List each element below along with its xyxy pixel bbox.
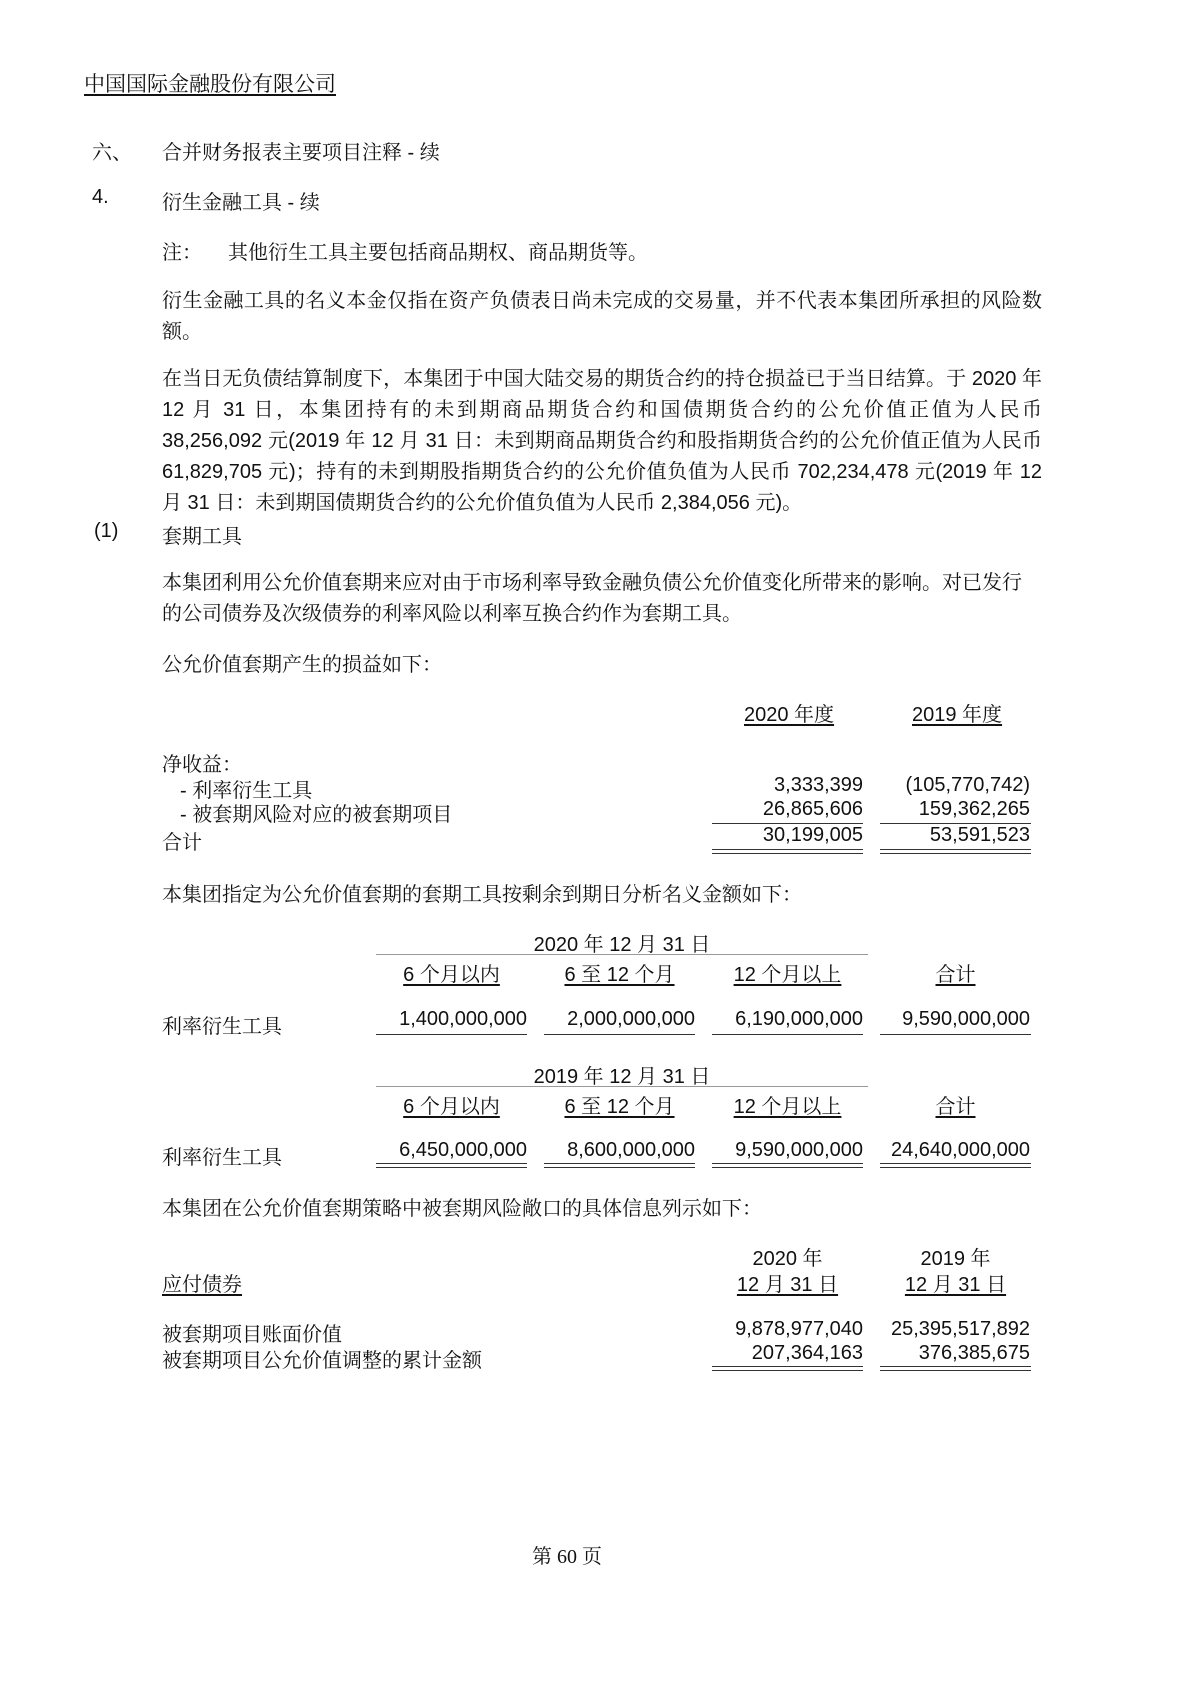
- maturity-2019-header: 6 至 12 个月: [544, 1090, 695, 1119]
- maturity-2020-header: 6 个月以内: [376, 958, 527, 987]
- section-number: 六、: [92, 136, 132, 165]
- maturity-2019-value: 24,640,000,000: [891, 1139, 1030, 1162]
- exposure-col2-date-text: 12 月 31 日: [905, 1274, 1006, 1296]
- exposure-col1-year: 2020 年: [712, 1242, 863, 1271]
- maturity-2019-value: 6,450,000,000: [399, 1139, 527, 1162]
- company-header: 中国国际金融股份有限公司: [84, 68, 336, 98]
- paragraph-hedge-desc: 本集团利用公允价值套期来应对由于市场利率导致金融负债公允价值变化所带来的影响。对…: [162, 568, 1022, 630]
- maturity-2019-header: 合计: [880, 1090, 1031, 1119]
- maturity-2020-header: 合计: [880, 958, 1031, 987]
- note-label: 注：: [162, 236, 202, 265]
- exposure-row-value-2020: 9,878,977,040: [735, 1318, 863, 1341]
- gain-total-double-rule: [712, 849, 863, 854]
- maturity-2019-double-rule: [712, 1163, 863, 1168]
- maturity-2019-double-rule: [376, 1163, 527, 1168]
- exposure-row-value-2019: 376,385,675: [919, 1342, 1030, 1365]
- item-number: (1): [94, 520, 118, 543]
- gain-row-value-2020: 26,865,606: [763, 798, 863, 821]
- gain-header-2019: 2019 年度: [912, 698, 1002, 727]
- maturity-2019-value: 9,590,000,000: [735, 1139, 863, 1162]
- exposure-row-label: 被套期项目公允价值调整的累计金额: [162, 1344, 482, 1373]
- gain-row-label: - 被套期风险对应的被套期项目: [180, 798, 452, 827]
- maturity-2020-value: 9,590,000,000: [902, 1008, 1030, 1031]
- maturity-2020-value: 6,190,000,000: [735, 1008, 863, 1031]
- maturity-2019-header: 6 个月以内: [376, 1090, 527, 1119]
- subsection-number: 4.: [92, 186, 109, 209]
- maturity-2020-rule: [376, 1034, 527, 1035]
- maturity-2020-rule: [880, 1034, 1031, 1035]
- exposure-row-value-2020: 207,364,163: [752, 1342, 863, 1365]
- gain-total-label: 合计: [162, 826, 202, 855]
- maturity-2019-double-rule: [880, 1163, 1031, 1168]
- gain-row-value-2020: 3,333,399: [774, 774, 863, 797]
- maturity-2020-header: 6 至 12 个月: [544, 958, 695, 987]
- gain-intro: 公允价值套期产生的损益如下：: [162, 648, 442, 677]
- section-title: 合并财务报表主要项目注释 - 续: [162, 136, 440, 165]
- exposure-row-header: 应付债券: [162, 1268, 242, 1297]
- gain-row-value-2019: (105,770,742): [905, 774, 1030, 797]
- maturity-2019-value: 8,600,000,000: [567, 1139, 695, 1162]
- maturity-intro: 本集团指定为公允价值套期的套期工具按剩余到期日分析名义金额如下：: [162, 878, 802, 907]
- maturity-2019-row-label: 利率衍生工具: [162, 1141, 282, 1170]
- paragraph-notional: 衍生金融工具的名义本金仅指在资产负债表日尚未完成的交易量，并不代表本集团所承担的…: [162, 286, 1042, 348]
- exposure-col2-year: 2019 年: [880, 1242, 1031, 1271]
- exposure-row-value-2019: 25,395,517,892: [891, 1318, 1030, 1341]
- maturity-2020-date-rule: [376, 954, 868, 955]
- maturity-2020-row-label: 利率衍生工具: [162, 1010, 282, 1039]
- paragraph-futures: 在当日无负债结算制度下，本集团于中国大陆交易的期货合约的持仓损益已于当日结算。于…: [162, 364, 1042, 519]
- exposure-intro: 本集团在公允价值套期策略中被套期风险敞口的具体信息列示如下：: [162, 1192, 762, 1221]
- gain-section-label: 净收益：: [162, 748, 242, 777]
- maturity-2020-value: 1,400,000,000: [399, 1008, 527, 1031]
- maturity-2019-date-rule: [376, 1086, 868, 1087]
- maturity-2019-double-rule: [544, 1163, 695, 1168]
- gain-header-2020: 2020 年度: [744, 698, 834, 727]
- exposure-row-label: 被套期项目账面价值: [162, 1318, 342, 1347]
- exposure-double-rule: [712, 1366, 863, 1371]
- maturity-2020-rule: [544, 1034, 695, 1035]
- note-text: 其他衍生工具主要包括商品期权、商品期货等。: [228, 236, 648, 265]
- exposure-col1-date: 12 月 31 日: [712, 1268, 863, 1297]
- maturity-2020-header: 12 个月以上: [712, 958, 863, 987]
- exposure-double-rule: [880, 1366, 1031, 1371]
- gain-total-2019: 53,591,523: [930, 824, 1030, 847]
- maturity-2020-value: 2,000,000,000: [567, 1008, 695, 1031]
- maturity-2020-rule: [712, 1034, 863, 1035]
- page-number: 第 60 页: [0, 1540, 1134, 1569]
- exposure-col2-date: 12 月 31 日: [880, 1268, 1031, 1297]
- gain-row-value-2019: 159,362,265: [919, 798, 1030, 821]
- subsection-title: 衍生金融工具 - 续: [162, 186, 320, 215]
- gain-total-2020: 30,199,005: [763, 824, 863, 847]
- maturity-2019-date: 2019 年 12 月 31 日: [376, 1060, 868, 1089]
- item-title: 套期工具: [162, 520, 242, 549]
- gain-total-double-rule: [880, 849, 1031, 854]
- exposure-col1-date-text: 12 月 31 日: [737, 1274, 838, 1296]
- maturity-2020-date: 2020 年 12 月 31 日: [376, 928, 868, 957]
- maturity-2019-header: 12 个月以上: [712, 1090, 863, 1119]
